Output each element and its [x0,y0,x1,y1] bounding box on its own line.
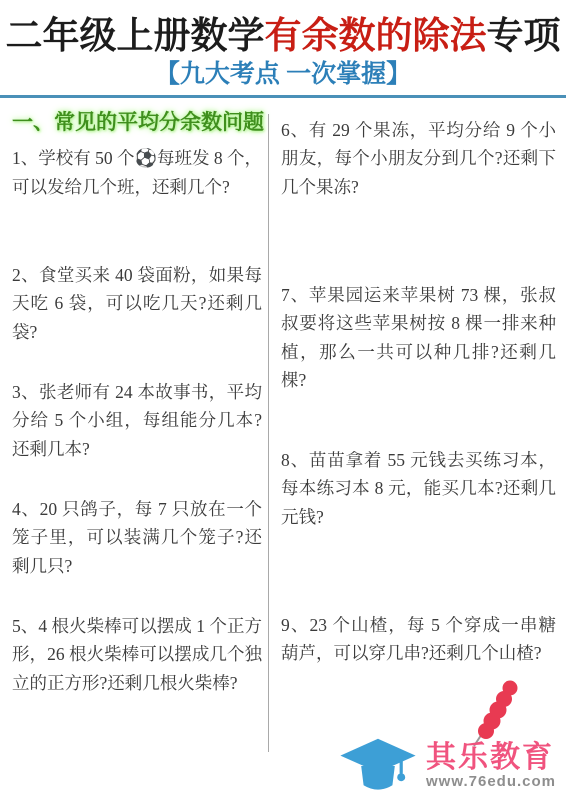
title-segment-black-2: 专项 [487,16,561,57]
brand-name: 其乐教育 [426,742,556,774]
brand-url: www.76edu.com [426,773,556,790]
brand-logo: 其乐教育 www.76edu.com [338,737,556,795]
question-7: 7、苹果园运来苹果树 73 棵，张叔叔要将这些苹果树按 8 棵一排来种植，那么一… [281,281,556,446]
question-4: 4、20 只鸽子，每 7 只放在一个笼子里，可以装满几个笼子?还剩几只? [12,495,262,612]
page-title: 二年级上册数学有余数的除法专项 [0,16,566,59]
brand-text: 其乐教育 www.76edu.com [426,742,556,791]
section-header: 一、常见的平均分余数问题 [12,106,262,136]
question-8: 8、苗苗拿着 55 元钱去买练习本，每本练习本 8 元，能买几本?还剩几元钱? [281,446,556,611]
question-1-text-pre: 1、学校有 50 个 [12,148,135,168]
question-2: 2、食堂买来 40 袋面粉，如果每天吃 6 袋，可以吃几天?还剩几袋? [12,261,262,378]
header-rule [0,95,566,98]
question-5: 5、4 根火柴棒可以摆成 1 个正方形，26 根火柴棒可以摆成几个独立的正方形?… [12,612,262,729]
worksheet-page: 二年级上册数学有余数的除法专项 【九大考点 一次掌握】 一、常见的平均分余数问题… [0,0,566,800]
question-1: 1、学校有 50 个⚽每班发 8 个，可以发给几个班，还剩几个? [12,144,262,261]
title-segment-red: 有余数的除法 [265,16,487,57]
left-column: 一、常见的平均分余数问题 1、学校有 50 个⚽每班发 8 个，可以发给几个班，… [0,102,268,800]
soccer-ball-icon: ⚽ [135,148,157,169]
graduation-cap-icon [338,737,418,795]
title-segment-black-1: 二年级上册数学 [6,16,265,57]
subtitle: 【九大考点 一次掌握】 [0,61,566,89]
question-6: 6、有 29 个果冻，平均分给 9 个小朋友，每个小朋友分到几个?还剩下几个果冻… [281,116,556,281]
question-3: 3、张老师有 24 本故事书，平均分给 5 个小组，每组能分几本?还剩几本? [12,378,262,495]
